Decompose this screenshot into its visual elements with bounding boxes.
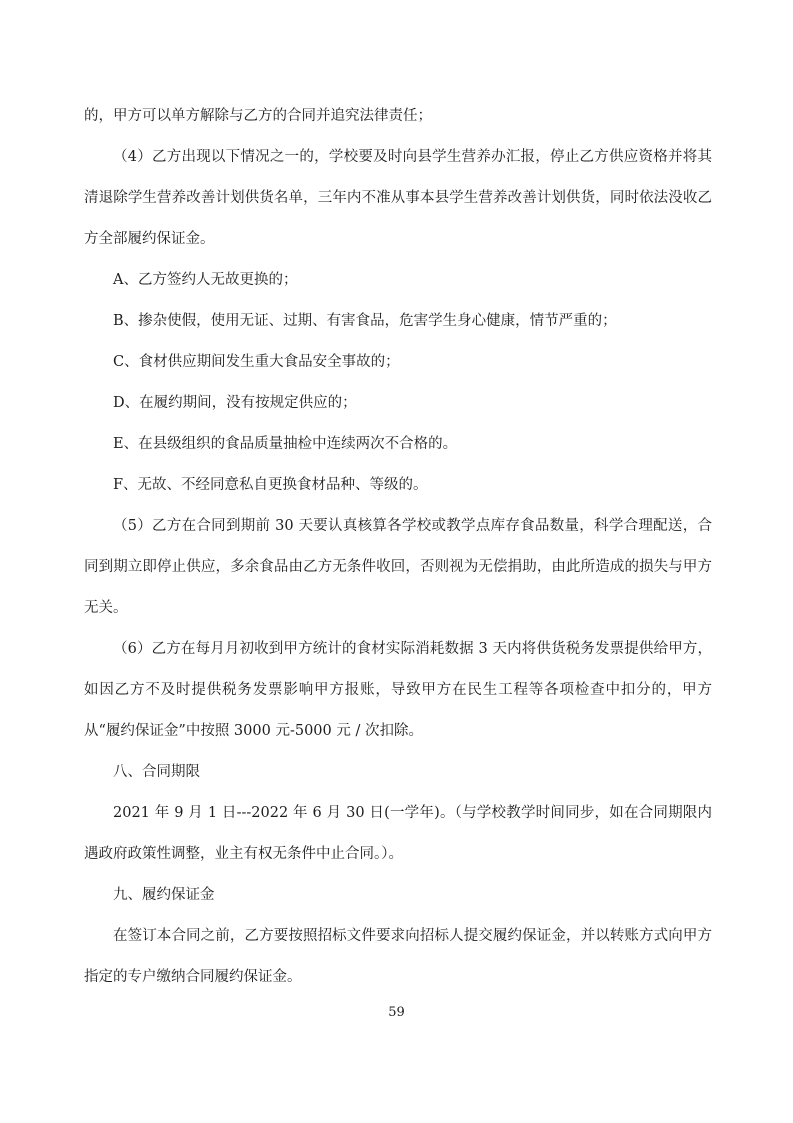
contract-text-block: 的，甲方可以单方解除与乙方的合同并追究法律责任； （4）乙方出现以下情况之一的，…: [84, 96, 712, 998]
paragraph-clause-5: （5）乙方在合同到期前 30 天要认真核算各学校或教学点库存食品数量，科学合理配…: [84, 506, 712, 629]
paragraph-clause-6: （6）乙方在每月月初收到甲方统计的食材实际消耗数据 3 天内将供货税务发票提供给…: [84, 629, 712, 752]
paragraph-clause-4: （4）乙方出现以下情况之一的，学校要及时向县学生营养办汇报，停止乙方供应资格并将…: [84, 137, 712, 260]
paragraph-performance-bond: 在签订本合同之前，乙方要按照招标文件要求向招标人提交履约保证金，并以转账方式向甲…: [84, 916, 712, 998]
list-item-c: C、食材供应期间发生重大食品安全事故的；: [84, 342, 712, 383]
list-item-b: B、掺杂使假，使用无证、过期、有害食品，危害学生身心健康，情节严重的；: [84, 301, 712, 342]
page-footer: 59: [0, 1003, 793, 1023]
section-heading-performance-bond: 九、履约保证金: [84, 875, 712, 916]
list-item-a: A、乙方签约人无故更换的；: [84, 260, 712, 301]
list-item-e: E、在县级组织的食品质量抽检中连续两次不合格的。: [84, 424, 712, 465]
section-heading-contract-period: 八、合同期限: [84, 752, 712, 793]
document-page: 的，甲方可以单方解除与乙方的合同并追究法律责任； （4）乙方出现以下情况之一的，…: [0, 0, 793, 1123]
paragraph-continuation: 的，甲方可以单方解除与乙方的合同并追究法律责任；: [84, 96, 712, 137]
paragraph-contract-period: 2021 年 9 月 1 日---2022 年 6 月 30 日(一学年)。（与…: [84, 793, 712, 875]
list-item-d: D、在履约期间，没有按规定供应的；: [84, 383, 712, 424]
list-item-f: F、无故、不经同意私自更换食材品种、等级的。: [84, 465, 712, 506]
page-number: 59: [388, 1005, 405, 1020]
